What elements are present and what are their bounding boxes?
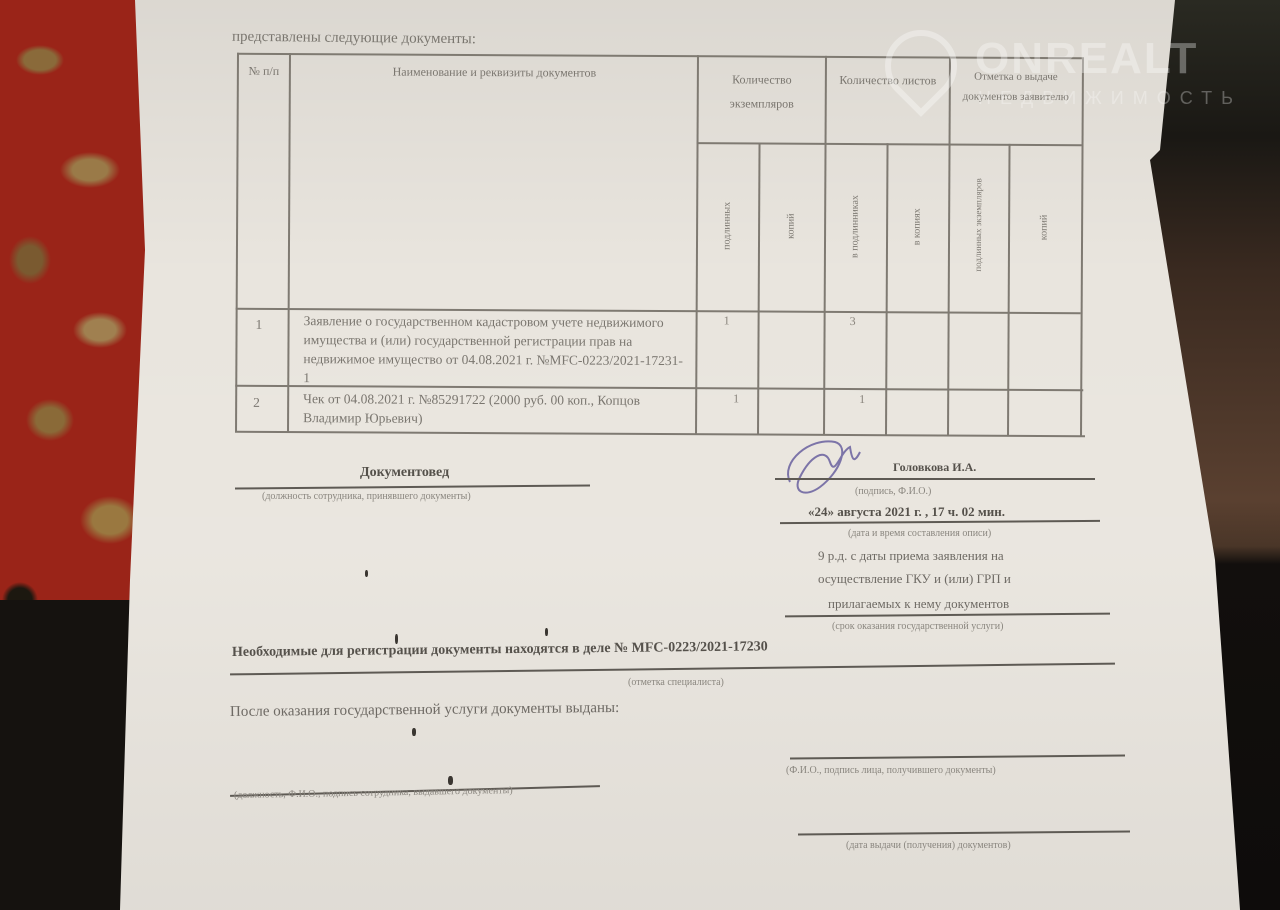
receipt-datetime-caption: (дата и время составления описи) [848,528,991,539]
row-2-name: Чек от 04.08.2021 г. №85291722 (2000 руб… [303,389,693,429]
subheader-originals: подлинных [721,181,732,271]
row-2-sheets-originals: 1 [859,392,865,407]
header-copies: Количество экземпляров [699,67,825,116]
row-1-originals: 1 [724,313,730,328]
subheader-copies: копий [785,181,796,271]
receiver-name-caption: (подпись, Ф.И.О.) [855,486,931,497]
ink-speck [412,728,416,736]
watermark-title: ONREALT [975,34,1198,84]
header-name: Наименование и реквизиты документов [297,59,692,85]
service-term-line1: 9 р.д. с даты приема заявления на [818,548,1004,564]
receiver-position: Документовед [360,465,449,481]
documents-table: № п/п Наименование и реквизиты документо… [235,53,1087,437]
intro-text: представлены следующие документы: [232,29,476,49]
subheader-in-originals: в подлинниках [849,181,860,271]
receiver-name: Головкова И.А. [893,460,976,475]
issue-date-caption: (дата выдачи (получения) документов) [846,840,1011,851]
service-term-caption: (срок оказания государственной услуги) [832,621,1003,632]
case-note-caption: (отметка специалиста) [628,677,724,688]
ink-speck [365,570,368,577]
row-2-originals: 1 [733,391,739,406]
ink-speck [448,776,453,785]
subheader-marks-copies: копий [1038,182,1049,272]
subheader-in-copies: в копиях [911,182,922,272]
row-2-num: 2 [253,393,260,412]
receiver-name-line [775,478,1095,480]
service-term-line3: прилагаемых к нему документов [828,596,1009,612]
header-num: № п/п [239,59,289,83]
ink-speck [545,628,548,636]
subheader-original-instances: подлинных экземпляров [973,182,983,272]
receiver-position-caption: (должность сотрудника, принявшего докуме… [262,491,471,502]
ink-speck [395,634,398,644]
recipient-caption: (Ф.И.О., подпись лица, получившего докум… [786,765,996,776]
row-1-sheets-originals: 3 [850,314,856,329]
dark-background [0,600,140,910]
receipt-datetime: «24» августа 2021 г. , 17 ч. 02 мин. [808,504,1005,520]
watermark-subtitle: НЕДВИЖИМОСТЬ [978,88,1242,109]
service-term-line2: осуществление ГКУ и (или) ГРП и [818,571,1011,587]
row-1-name: Заявление о государственном кадастровом … [303,311,688,389]
row-1-num: 1 [256,315,263,334]
